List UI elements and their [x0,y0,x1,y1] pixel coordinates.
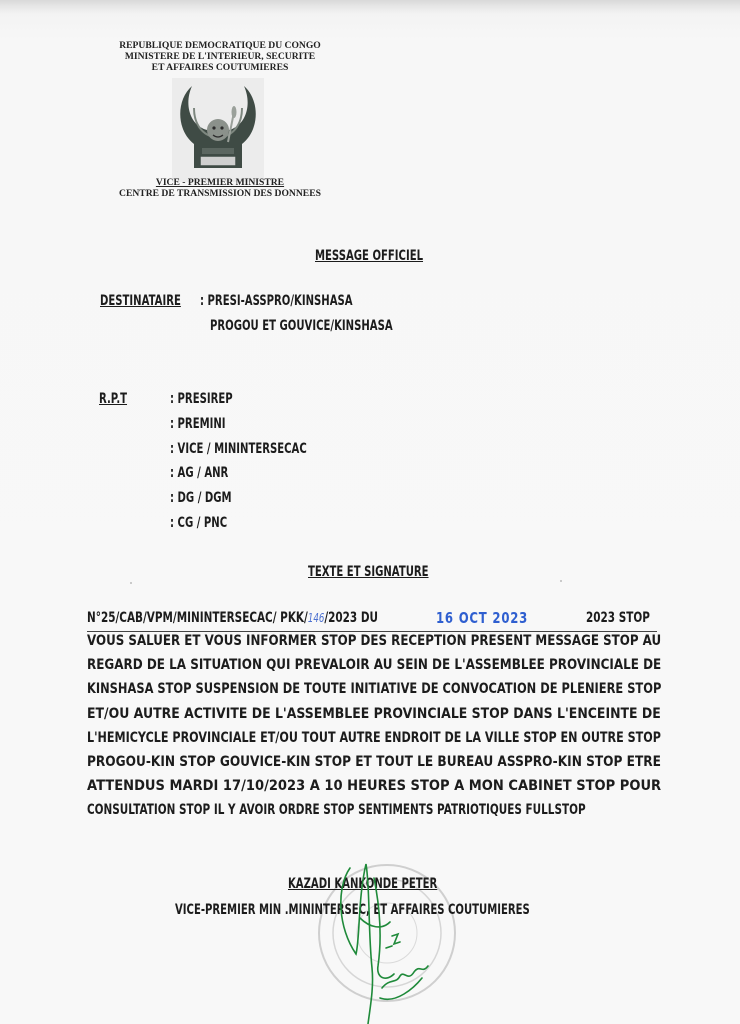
transmission-center-header: VICE - PREMIER MINISTRE CENTRE DE TRANSM… [104,177,336,199]
rpt-item: : DG / DGM [170,490,307,515]
drc-coat-of-arms-icon [172,78,264,182]
body-line-text: REGARD DE LA SITUATION QUI PREVALOIR AU … [87,657,661,673]
reference-line: N°25/CAB/VPM/MININTERSECAC/ PKK/146/2023… [87,607,657,632]
body-line-text: ET/OU AUTRE ACTIVITE DE L'ASSEMBLEE PROV… [87,706,661,722]
reference-suffix: /2023 DU [324,610,378,626]
handwritten-number: 146 [308,611,324,625]
body-line-text: VOUS SALUER ET VOUS INFORMER STOP DES RE… [87,633,661,649]
body-line-text: PROGOU-KIN STOP GOUVICE-KIN STOP ET TOUT… [87,754,661,770]
office-line: CENTRE DE TRANSMISSION DES DONNEES [104,188,336,199]
rpt-list: : PRESIREP : PREMINI : VICE / MININTERSE… [170,391,360,540]
document-title: MESSAGE OFFICIEL [315,248,423,264]
message-body: VOUS SALUER ET VOUS INFORMER STOP DES RE… [87,633,661,827]
body-line-text: ATTENDUS MARDI 17/10/2023 A 10 HEURES ST… [87,778,661,794]
body-line: KINSHASA STOP SUSPENSION DE TOUTE INITIA… [87,681,661,705]
scan-speck [130,582,132,584]
section-title: TEXTE ET SIGNATURE [308,564,429,580]
body-line: ATTENDUS MARDI 17/10/2023 A 10 HEURES ST… [87,778,661,802]
handwritten-signature-icon [330,858,450,1024]
rpt-label: R.P.T [99,391,127,407]
office-line: VICE - PREMIER MINISTRE [104,177,336,188]
letterhead-line: ET AFFAIRES COUTUMIERES [104,62,336,73]
rpt-item: : VICE / MININTERSECAC [170,441,307,466]
body-line: PROGOU-KIN STOP GOUVICE-KIN STOP ET TOUT… [87,754,661,778]
body-line-text: KINSHASA STOP SUSPENSION DE TOUTE INITIA… [87,681,661,697]
letterhead-line: MINISTERE DE L'INTERIEUR, SECURITE [104,51,336,62]
reference-number: N°25/CAB/VPM/MININTERSECAC/ PKK/146/2023… [87,610,378,626]
rpt-item: : PRESIREP [170,391,307,416]
letterhead: REPUBLIQUE DEMOCRATIQUE DU CONGO MINISTE… [104,40,336,73]
recipient-value: PROGOU ET GOUVICE/KINSHASA [210,318,393,334]
official-message-document: REPUBLIQUE DEMOCRATIQUE DU CONGO MINISTE… [0,0,740,1024]
body-line: REGARD DE LA SITUATION QUI PREVALOIR AU … [87,657,661,681]
scan-speck [560,580,562,582]
body-line-text: L'HEMICYCLE PROVINCIALE ET/OU TOUT AUTRE… [87,730,661,746]
recipient-label: DESTINATAIRE [100,293,181,309]
recipient-value: : PRESI-ASSPRO/KINSHASA [200,293,353,309]
rpt-item: : PREMINI [170,416,307,441]
body-line-text: CONSULTATION STOP IL Y AVOIR ORDRE STOP … [87,802,586,818]
body-line: CONSULTATION STOP IL Y AVOIR ORDRE STOP … [87,802,661,826]
rpt-item: : AG / ANR [170,465,307,490]
letterhead-line: REPUBLIQUE DEMOCRATIQUE DU CONGO [104,40,336,51]
body-line: ET/OU AUTRE ACTIVITE DE L'ASSEMBLEE PROV… [87,706,661,730]
reference-end: 2023 STOP [586,610,650,626]
body-line: VOUS SALUER ET VOUS INFORMER STOP DES RE… [87,633,661,657]
rpt-item: : CG / PNC [170,515,307,540]
date-stamp: 16 OCT 2023 [436,609,528,627]
body-line: L'HEMICYCLE PROVINCIALE ET/OU TOUT AUTRE… [87,730,661,754]
reference-prefix: N°25/CAB/VPM/MININTERSECAC/ PKK/ [87,610,308,626]
